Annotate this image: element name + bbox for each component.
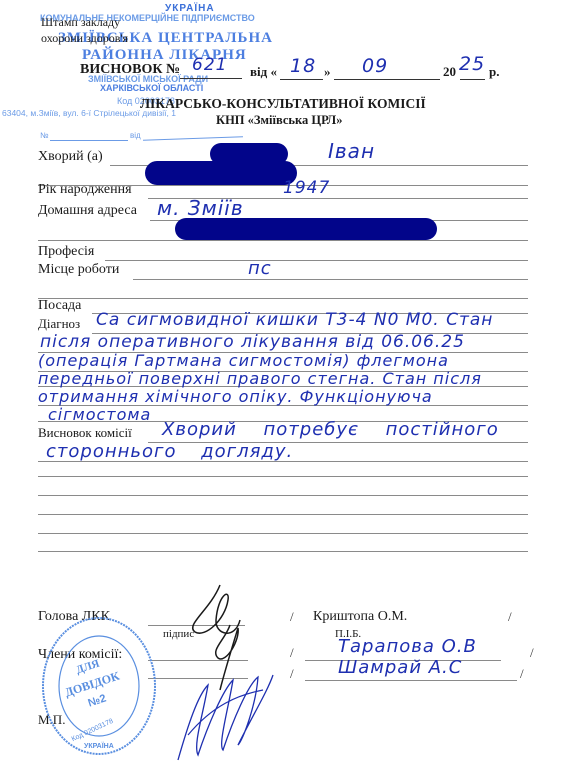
title-prefix: ВИСНОВОК № — [80, 62, 180, 78]
member-signature-icon — [168, 665, 278, 765]
conclusion-line-1: Хворий потребує постійного — [162, 419, 499, 440]
profession-label: Професія — [38, 244, 94, 260]
diagnosis-line-6: сігмостома — [48, 405, 151, 424]
slash: / — [290, 609, 294, 625]
blank-line — [38, 551, 528, 552]
diagnosis-line-3: (операція Гартмана сигмостомія) флегмона — [38, 351, 449, 370]
seal-country: УКРАЇНА — [84, 743, 114, 750]
reg-no-label: № — [40, 131, 49, 140]
position-label: Посада — [38, 298, 81, 314]
diagnosis-line-4: передньої поверхні правого стегна. Стан … — [38, 369, 482, 388]
redaction-address — [175, 218, 437, 240]
stamp-label-1: Штамп закладу — [41, 15, 120, 30]
diagnosis-label: Діагноз — [38, 316, 80, 332]
stamp-label-2: охорони здоров'я — [41, 31, 128, 46]
workplace-label: Місце роботи — [38, 262, 119, 278]
blank-line — [38, 514, 528, 515]
blank-line — [38, 476, 528, 477]
workplace-value: пс — [248, 258, 272, 279]
commission-title: ЛІКАРСЬКО-КОНСУЛЬТАТИВНОЇ КОМІСІЇ — [140, 96, 426, 112]
birth-year-label: Рік народження — [38, 182, 132, 198]
slash: / — [530, 645, 534, 661]
date-mid: » — [324, 64, 331, 80]
patient-label: Хворий (а) — [38, 149, 103, 165]
blank-line — [38, 533, 528, 534]
stamp-region: ХАРКІВСЬКОЇ ОБЛАСТІ — [100, 83, 203, 93]
slash: / — [520, 666, 524, 682]
patient-name: Іван — [328, 139, 375, 163]
address-value: м. Зміїв — [157, 196, 244, 220]
chair-name: Криштопа О.М. — [313, 609, 407, 625]
blank-line — [38, 495, 528, 496]
diagnosis-line-5: отримання хімічного опіку. Функціонуюча — [38, 387, 433, 406]
date-prefix: від « — [250, 64, 277, 80]
birth-year-value: 1947 — [283, 178, 330, 198]
date-year: 25 — [459, 53, 485, 75]
conclusion-number: 621 — [192, 55, 227, 75]
member-1-name: Тарапова О.В — [338, 636, 477, 657]
date-day: 18 — [290, 55, 316, 77]
diagnosis-line-1: Ca сигмовидної кишки T3-4 N0 M0. Стан — [96, 310, 493, 330]
round-seal: ДЛЯ ДОВІДОК №2 Код 02003178 УКРАЇНА — [40, 615, 158, 757]
conclusion-label: Висновок комісії — [38, 425, 132, 441]
institution-name: КНП «Зміївська ЦРЛ» — [216, 113, 342, 128]
year-prefix: 20 — [443, 64, 456, 80]
redaction-patronymic — [145, 161, 297, 185]
member-2-name: Шамрай А.С — [338, 657, 462, 678]
diagnosis-line-2: після оперативного лікування від 06.06.2… — [40, 332, 465, 352]
address-label: Домашня адреса — [38, 203, 137, 219]
reg-from-label: від — [130, 131, 141, 140]
slash: / — [508, 609, 512, 625]
slash: / — [290, 645, 294, 661]
year-end: р. — [489, 64, 499, 80]
date-month: 09 — [362, 55, 388, 77]
slash: / — [290, 666, 294, 682]
conclusion-line-2: стороннього догляду. — [46, 441, 293, 462]
